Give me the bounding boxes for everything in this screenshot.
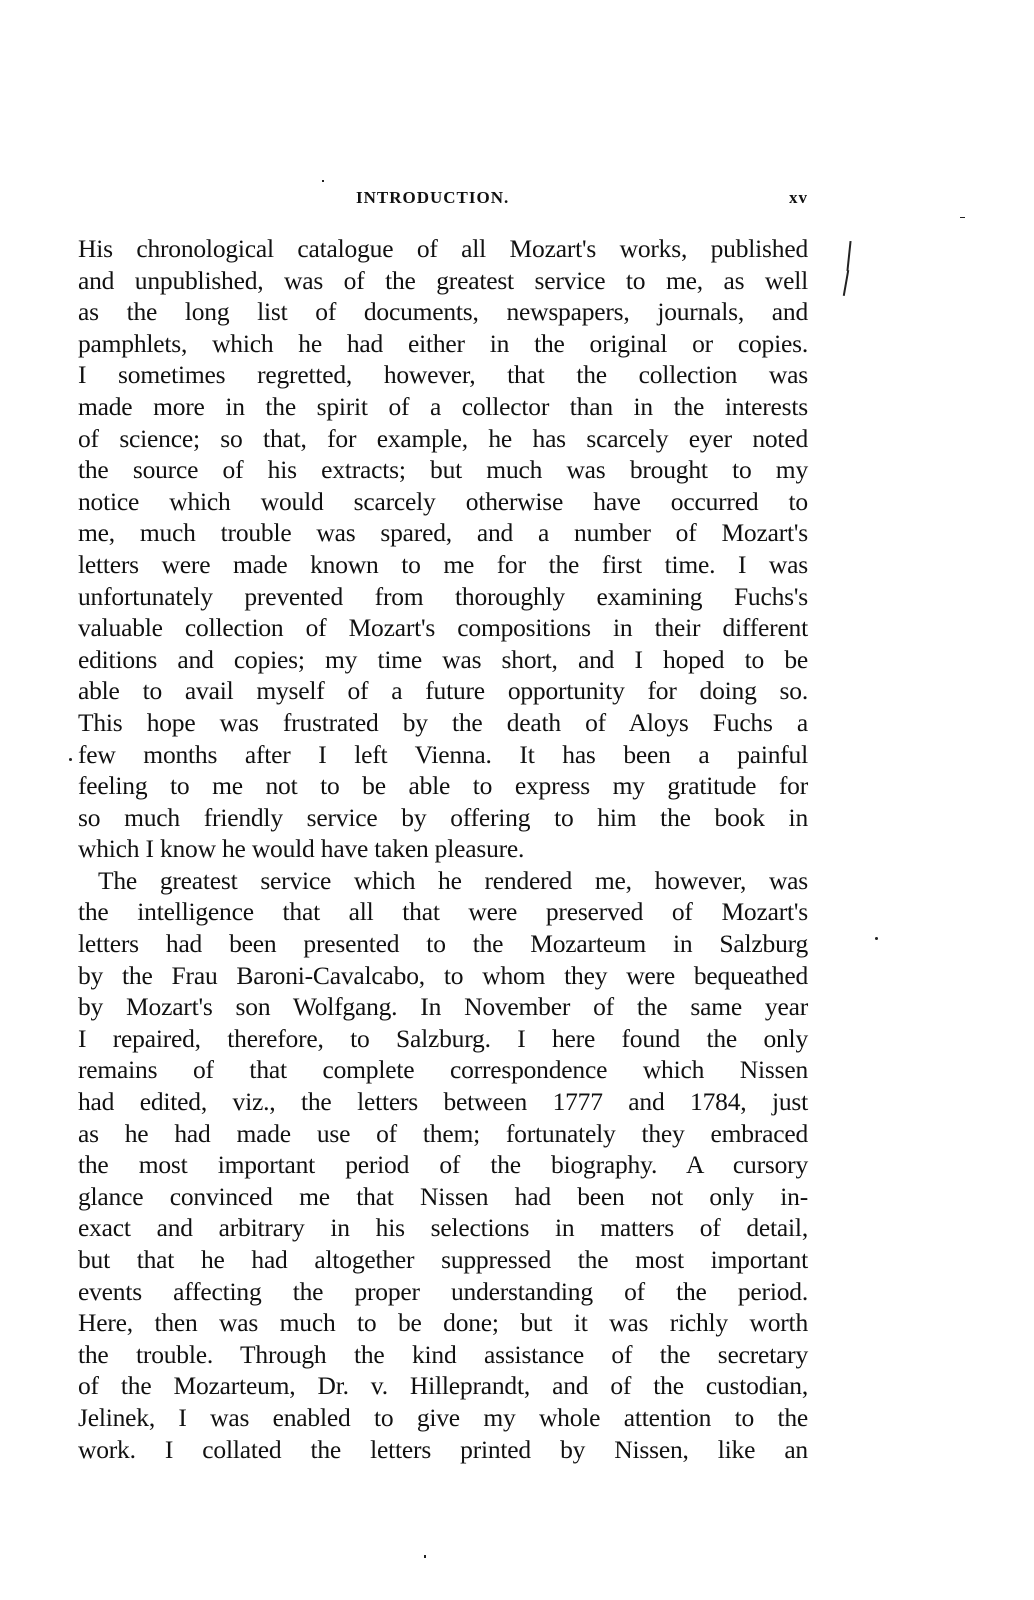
- text-line: made more in the spirit of a collector t…: [78, 391, 808, 423]
- text-line: glance convinced me that Nissen had been…: [78, 1181, 808, 1213]
- text-line: unfortunately prevented from thoroughly …: [78, 581, 808, 613]
- scan-speck: [424, 1555, 426, 1558]
- text-line: valuable collection of Mozart's composit…: [78, 612, 808, 644]
- book-page: INTRODUCTION. xv His chronological catal…: [0, 0, 1034, 1600]
- running-head: INTRODUCTION. xv: [78, 188, 808, 218]
- text-line: of science; so that, for example, he has…: [78, 423, 808, 455]
- scan-speck: [69, 758, 72, 761]
- scan-speck: [322, 180, 324, 182]
- scan-speck: [960, 217, 965, 218]
- page-number: xv: [789, 188, 808, 208]
- text-line: notice which would scarcely otherwise ha…: [78, 486, 808, 518]
- running-title: INTRODUCTION.: [356, 188, 509, 208]
- text-line: the source of his extracts; but much was…: [78, 454, 808, 486]
- text-line: remains of that complete correspondence …: [78, 1054, 808, 1086]
- text-line: as he had made use of them; fortunately …: [78, 1118, 808, 1150]
- text-line: the intelligence that all that were pres…: [78, 896, 808, 928]
- text-line: pamphlets, which he had either in the or…: [78, 328, 808, 360]
- text-line: work. I collated the letters printed by …: [78, 1434, 808, 1466]
- scan-speck: [875, 937, 878, 940]
- text-line: His chronological catalogue of all Mozar…: [78, 233, 808, 265]
- text-line: but that he had altogether suppressed th…: [78, 1244, 808, 1276]
- text-line: letters were made known to me for the fi…: [78, 549, 808, 581]
- text-line-paragraph-start: The greatest service which he rendered m…: [78, 865, 808, 897]
- text-line: the most important period of the biograp…: [78, 1149, 808, 1181]
- text-line: by Mozart's son Wolfgang. In November of…: [78, 991, 808, 1023]
- text-line: exact and arbitrary in his selections in…: [78, 1212, 808, 1244]
- text-line-paragraph-end: which I know he would have taken pleasur…: [78, 833, 808, 865]
- body-text: His chronological catalogue of all Mozar…: [78, 233, 808, 1465]
- text-line: able to avail myself of a future opportu…: [78, 675, 808, 707]
- text-line: had edited, viz., the letters between 17…: [78, 1086, 808, 1118]
- text-line: I repaired, therefore, to Salzburg. I he…: [78, 1023, 808, 1055]
- text-line: This hope was frustrated by the death of…: [78, 707, 808, 739]
- text-line: the trouble. Through the kind assistance…: [78, 1339, 808, 1371]
- text-line: I sometimes regretted, however, that the…: [78, 359, 808, 391]
- text-line: and unpublished, was of the greatest ser…: [78, 265, 808, 297]
- text-line: letters had been presented to the Mozart…: [78, 928, 808, 960]
- text-line: of the Mozarteum, Dr. v. Hilleprandt, an…: [78, 1370, 808, 1402]
- text-line: as the long list of documents, newspaper…: [78, 296, 808, 328]
- margin-mark: [843, 270, 849, 296]
- text-line: Jelinek, I was enabled to give my whole …: [78, 1402, 808, 1434]
- text-line: few months after I left Vienna. It has b…: [78, 739, 808, 771]
- text-line: feeling to me not to be able to express …: [78, 770, 808, 802]
- text-line: editions and copies; my time was short, …: [78, 644, 808, 676]
- text-line: by the Frau Baroni-Cavalcabo, to whom th…: [78, 960, 808, 992]
- text-line: Here, then was much to be done; but it w…: [78, 1307, 808, 1339]
- text-line: events affecting the proper understandin…: [78, 1276, 808, 1308]
- text-line: me, much trouble was spared, and a numbe…: [78, 517, 808, 549]
- margin-mark: [846, 241, 851, 271]
- text-line: so much friendly service by offering to …: [78, 802, 808, 834]
